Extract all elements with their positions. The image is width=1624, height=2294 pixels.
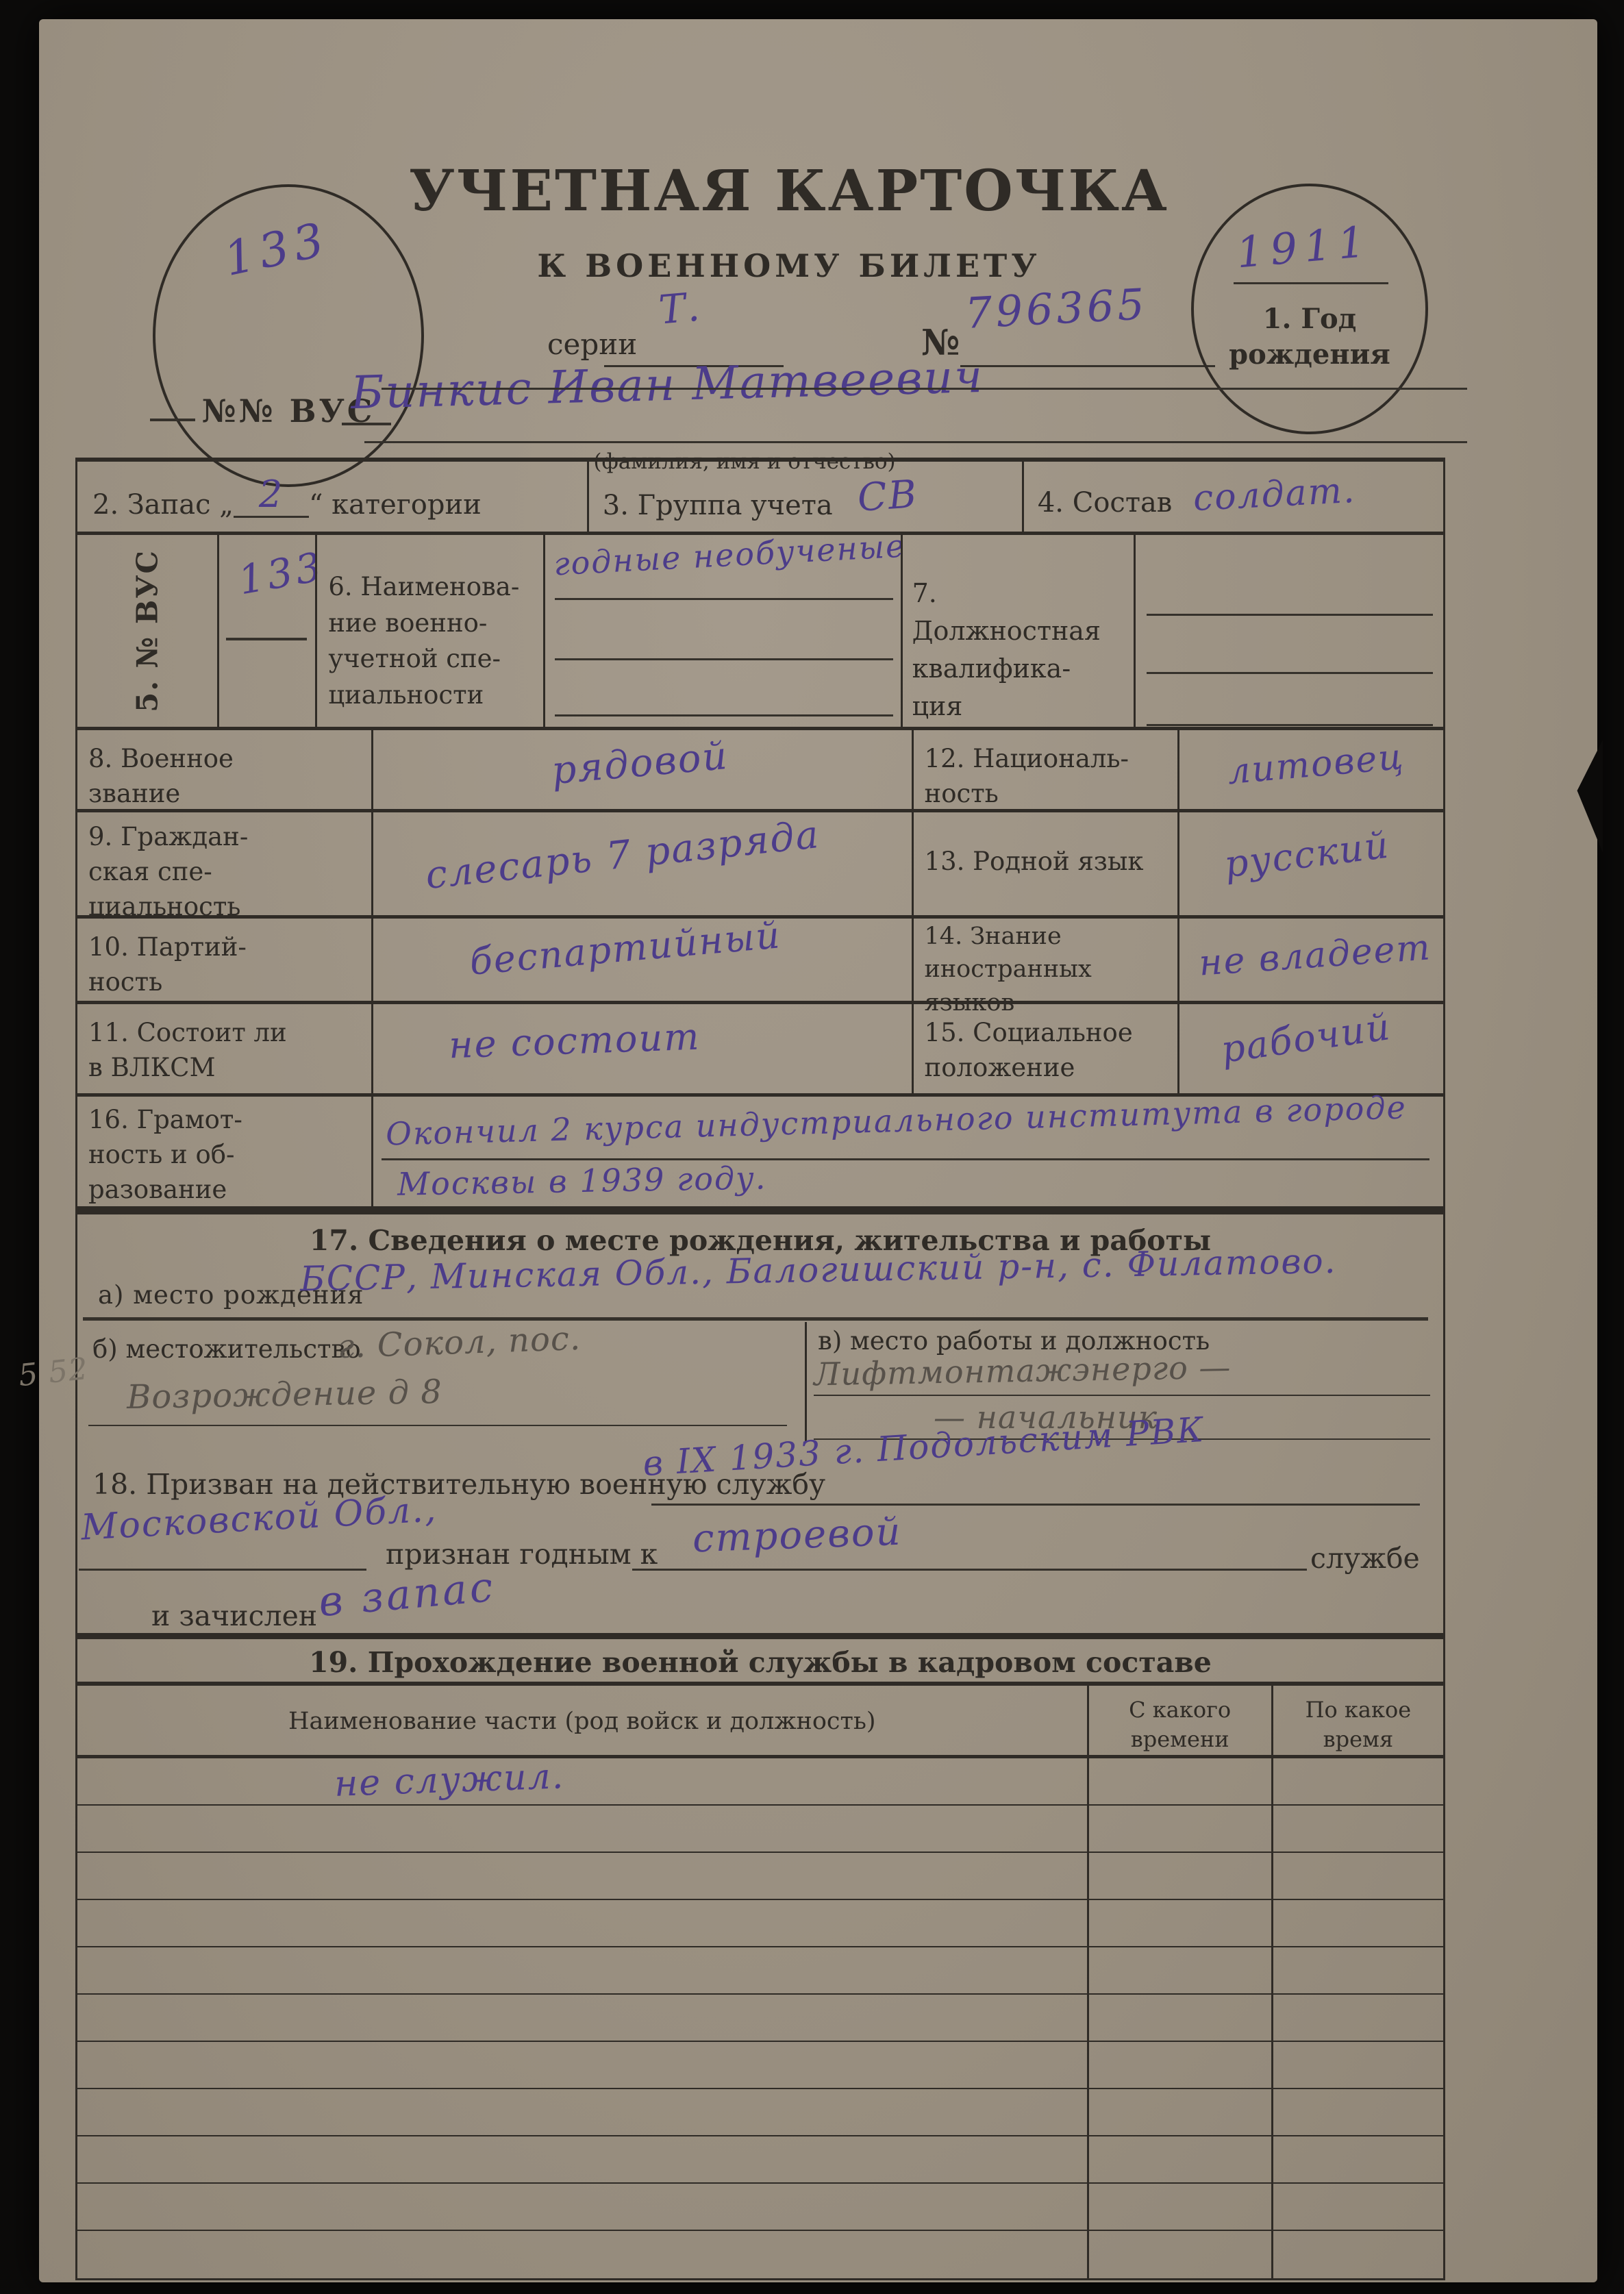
field-10-value-cell: беспартийный	[371, 919, 911, 1001]
vus-dash-left	[150, 419, 195, 421]
field-13-label: 13. Родной язык	[912, 812, 1177, 915]
field-6-line-2	[555, 658, 893, 660]
table-row	[77, 1853, 1443, 1900]
residence-cell: б) местожительство г. Сокол, пос. Возрож…	[77, 1322, 805, 1442]
service-table: Наименование части (род войск и должност…	[75, 1682, 1445, 2280]
full-name: Бинкис Иван Матвеевич	[350, 350, 984, 419]
table-cell-unit	[77, 1806, 1087, 1852]
birth-year-circle: 1911 1. Год рождения	[1191, 184, 1428, 434]
number-underline	[960, 365, 1215, 367]
birth-year-number: 1911	[1234, 216, 1373, 278]
table-cell-unit	[77, 1995, 1087, 2041]
section-19-header: 19. Прохождение военной службы в кадрово…	[75, 1639, 1445, 1682]
workplace-line-1	[814, 1395, 1430, 1396]
table-cell-unit	[77, 2089, 1087, 2135]
table-cell-unit	[77, 2136, 1087, 2182]
field-2-label-pre: 2. Запас „	[92, 489, 234, 521]
field-7-label-cell: 7. Должностная квалифика- ция	[901, 535, 1134, 727]
table-cell-to	[1271, 1853, 1443, 1899]
workplace-value-line1: Лифтмонтажэнерго —	[814, 1349, 1232, 1393]
birth-year-label: 1. Год рождения	[1208, 301, 1412, 373]
row-16: 16. Грамот- ность и об- разование Окончи…	[77, 1097, 1443, 1206]
table-cell-from	[1087, 1853, 1271, 1899]
table-row	[77, 2089, 1443, 2136]
field-9-label: 9. Граждан- ская спе- циальность	[77, 812, 371, 915]
field-15-value-cell: рабочий	[1177, 1004, 1443, 1093]
field-5-value: 133	[235, 543, 328, 604]
field-3-value: СВ	[856, 472, 919, 521]
table-row	[77, 1900, 1443, 1947]
series-label: серии	[547, 327, 637, 361]
series-value: Т.	[657, 283, 703, 333]
field-7-line-1	[1147, 614, 1433, 616]
field-5-label: 5. № ВУС	[130, 549, 164, 712]
vus-circle-number: 133	[219, 212, 334, 287]
table-row	[77, 2231, 1443, 2278]
field-14-label: 14. Знание иностранных языков	[912, 919, 1177, 1001]
scan-backdrop: 133 №№ ВУС УЧЕТНАЯ КАРТОЧКА К ВОЕННОМУ Б…	[0, 0, 1624, 2294]
table-row	[77, 2184, 1443, 2231]
row-10-14: 10. Партий- ность беспартийный 14. Знани…	[77, 919, 1443, 1004]
table-cell-from	[1087, 1900, 1271, 1946]
residence-value-line2: Возрождение д 8	[127, 1373, 443, 1417]
field-14-value: не владеет	[1197, 927, 1432, 984]
table-cell-to	[1271, 1995, 1443, 2041]
field-16-value-line2: Москвы в 1939 году.	[397, 1159, 767, 1202]
field-2-label-post: “ категории	[309, 489, 482, 521]
table-cell-unit	[77, 2184, 1087, 2230]
residence-line	[88, 1425, 787, 1426]
table-row	[77, 1806, 1443, 1853]
field-3-gruppa: 3. Группа учета СВ	[587, 462, 1022, 532]
callup-label: 18. Призван на действительную военную сл…	[92, 1468, 825, 1501]
main-form-table: 2. Запас „2“ категории 3. Группа учета С…	[75, 458, 1445, 1210]
field-6-value: годные необученые	[553, 527, 907, 583]
table-cell-unit	[77, 2042, 1087, 2088]
field-6-label-cell: 6. Наименова- ние военно- учетной спе- ц…	[315, 535, 542, 727]
row-2-3-4: 2. Запас „2“ категории 3. Группа учета С…	[77, 462, 1443, 535]
field-11-label: 11. Состоит ли в ВЛКСМ	[77, 1004, 371, 1093]
table-cell-to	[1271, 2184, 1443, 2230]
field-5-underline	[226, 638, 307, 640]
name-line-lower	[364, 441, 1467, 443]
field-12-value: литовец	[1226, 736, 1406, 793]
field-4-value: солдат.	[1192, 470, 1357, 519]
field-12-label: 12. Националь- ность	[912, 730, 1177, 809]
table-cell-to	[1271, 1806, 1443, 1852]
field-4-sostav: 4. Состав солдат.	[1022, 462, 1443, 532]
field-4-label: 4. Состав	[1038, 487, 1172, 519]
table-cell-from	[1087, 1806, 1271, 1852]
row-9-13: 9. Граждан- ская спе- циальность слесарь…	[77, 812, 1443, 919]
field-11-value: не состоит	[448, 1015, 701, 1067]
registration-card: 133 №№ ВУС УЧЕТНАЯ КАРТОЧКА К ВОЕННОМУ Б…	[39, 19, 1597, 2282]
table-cell-from	[1087, 2042, 1271, 2088]
fit-label: признан годным к	[386, 1538, 658, 1571]
field-6-label: 6. Наименова- ние военно- учетной спе- ц…	[328, 569, 519, 713]
field-16-value-line1: Окончил 2 курса индустриального институт…	[386, 1088, 1408, 1152]
field-15-label: 15. Социальное положение	[912, 1004, 1177, 1093]
residence-value: г. Сокол, пос.	[337, 1319, 582, 1366]
field-7-label: 7. Должностная квалифика- ция	[912, 575, 1134, 725]
field-7-value-cell	[1134, 535, 1443, 727]
field-16-underline	[382, 1158, 1429, 1160]
table-cell-unit	[77, 1853, 1087, 1899]
card-title: УЧЕТНАЯ КАРТОЧКА	[368, 158, 1210, 224]
table-cell-to	[1271, 1947, 1443, 1993]
table-cell-from	[1087, 1995, 1271, 2041]
row-5-6-7: 5. № ВУС 133 6. Наименова- ние военно- у…	[77, 535, 1443, 730]
field-11-value-cell: не состоит	[371, 1004, 911, 1093]
enrolled-value: в запас	[316, 1563, 497, 1626]
service-col-to: По какое время	[1271, 1686, 1443, 1755]
card-subtitle: К ВОЕННОМУ БИЛЕТУ	[368, 247, 1210, 284]
number-value: 796365	[964, 279, 1149, 338]
table-cell-from	[1087, 1947, 1271, 1993]
fit-value: строевой	[692, 1510, 903, 1562]
margin-note: 5 52	[17, 1351, 90, 1393]
table-cell-to	[1271, 1900, 1443, 1946]
callup-underline-3	[632, 1569, 1307, 1571]
field-5-vus: 5. № ВУС	[77, 535, 217, 727]
service-col-unit: Наименование части (род войск и должност…	[77, 1686, 1087, 1755]
field-8-label: 8. Военное звание	[77, 730, 371, 809]
service-col-from: С какого времени	[1087, 1686, 1271, 1755]
field-7-line-3	[1147, 724, 1433, 726]
birth-year-underline	[1234, 282, 1388, 284]
table-cell-from	[1087, 2136, 1271, 2182]
residence-label: б) местожительство	[92, 1334, 361, 1364]
field-13-value: русский	[1222, 823, 1392, 886]
field-7-line-2	[1147, 672, 1433, 674]
table-row	[77, 2136, 1443, 2184]
table-cell-from	[1087, 2089, 1271, 2135]
callup-underline-2	[79, 1569, 366, 1571]
paper-tear	[1573, 740, 1603, 853]
field-5-value-cell: 133	[217, 535, 316, 727]
field-10-label: 10. Партий- ность	[77, 919, 371, 1001]
field-2-zapas: 2. Запас „2“ категории	[77, 462, 587, 532]
table-row	[77, 1995, 1443, 2042]
field-8-value-cell: рядовой	[371, 730, 911, 809]
section-17-divider	[83, 1317, 1428, 1321]
field-15-value: рабочий	[1219, 1005, 1394, 1071]
field-14-value-cell: не владеет	[1177, 919, 1443, 1001]
section-18: в IX 1933 г. Подольским РВК 18. Призван …	[75, 1442, 1445, 1639]
field-8-value: рядовой	[550, 734, 730, 793]
table-row	[77, 2042, 1443, 2089]
field-9-value-cell: слесарь 7 разряда	[371, 812, 911, 915]
name-line-upper	[382, 388, 1467, 390]
table-cell-unit	[77, 1947, 1087, 1993]
table-cell-to	[1271, 1758, 1443, 1804]
field-3-label: 3. Группа учета	[603, 490, 833, 521]
field-16-value-cell: Окончил 2 курса индустриального институт…	[371, 1097, 1443, 1206]
field-12-value-cell: литовец	[1177, 730, 1443, 809]
service-label: службе	[1310, 1542, 1420, 1575]
table-cell-unit: не служил.	[77, 1758, 1087, 1804]
row-11-15: 11. Состоит ли в ВЛКСМ не состоит 15. Со…	[77, 1004, 1443, 1097]
table-cell-from	[1087, 2184, 1271, 2230]
field-6-value-cell: годные необученые	[543, 535, 901, 727]
table-cell-to	[1271, 2231, 1443, 2278]
field-6-line-3	[555, 714, 893, 716]
table-cell-to	[1271, 2089, 1443, 2135]
field-10-value: беспартийный	[468, 913, 783, 983]
field-2-value: 2	[234, 473, 309, 518]
section-17: 17. Сведения о месте рождения, жительств…	[75, 1210, 1445, 1442]
service-table-header: Наименование части (род войск и должност…	[77, 1686, 1443, 1758]
table-cell-from	[1087, 1758, 1271, 1804]
table-cell-unit	[77, 1900, 1087, 1946]
field-13-value-cell: русский	[1177, 812, 1443, 915]
table-cell-unit	[77, 2231, 1087, 2278]
field-16-label: 16. Грамот- ность и об- разование	[77, 1097, 371, 1206]
table-row	[77, 1947, 1443, 1995]
enrolled-label: и зачислен	[151, 1599, 317, 1632]
section-19-title: 19. Прохождение военной службы в кадрово…	[77, 1646, 1443, 1679]
field-6-line-1	[555, 598, 893, 600]
service-row-value: не служил.	[334, 1756, 565, 1805]
callup-underline-1	[651, 1504, 1420, 1506]
field-9-value: слесарь 7 разряда	[423, 812, 822, 898]
table-cell-to	[1271, 2042, 1443, 2088]
row-8-12: 8. Военное звание рядовой 12. Националь-…	[77, 730, 1443, 812]
table-cell-from	[1087, 2231, 1271, 2278]
table-row: не служил.	[77, 1758, 1443, 1806]
table-cell-to	[1271, 2136, 1443, 2182]
